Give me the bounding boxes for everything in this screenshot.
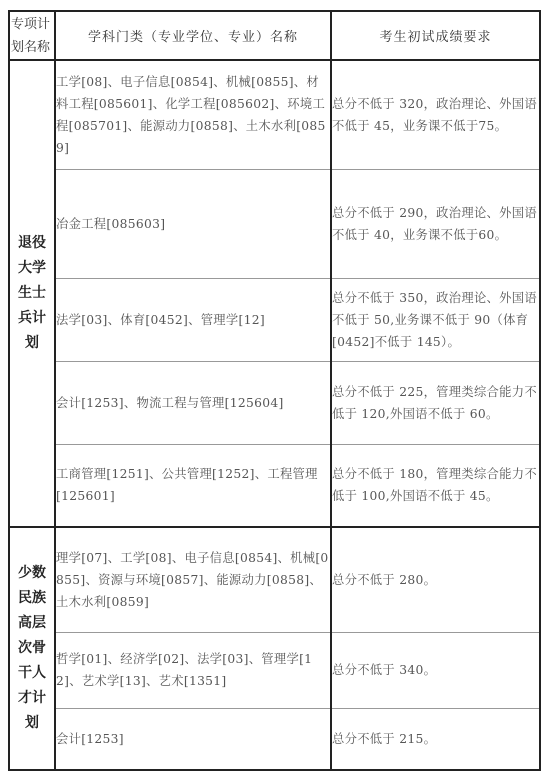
score-cell: 总分不低于 180，管理类综合能力不低于 100,外国语不低于 45。 (331, 444, 540, 527)
subject-cell: 会计[1253] (55, 708, 331, 770)
score-cell: 总分不低于 280。 (331, 527, 540, 632)
table-row: 会计[1253]、物流工程与管理[125604] 总分不低于 225，管理类综合… (9, 361, 540, 444)
subject-cell: 工商管理[1251]、公共管理[1252]、工程管理[125601] (55, 444, 331, 527)
subject-cell: 哲学[01]、经济学[02]、法学[03]、管理学[12]、艺术学[13]、艺术… (55, 632, 331, 708)
table-row: 少数民族高层次骨干人才计划 理学[07]、工学[08]、电子信息[0854]、机… (9, 527, 540, 632)
subject-cell: 理学[07]、工学[08]、电子信息[0854]、机械[0855]、资源与环境[… (55, 527, 331, 632)
header-plan-name: 专项计划名称 (9, 11, 55, 60)
table-row: 法学[03]、体育[0452]、管理学[12] 总分不低于 350，政治理论、外… (9, 278, 540, 361)
table-row: 哲学[01]、经济学[02]、法学[03]、管理学[12]、艺术学[13]、艺术… (9, 632, 540, 708)
score-cell: 总分不低于 215。 (331, 708, 540, 770)
subject-cell: 冶金工程[085603] (55, 169, 331, 278)
score-cell: 总分不低于 350，政治理论、外国语不低于 50,业务课不低于 90（体育[04… (331, 278, 540, 361)
score-cell: 总分不低于 340。 (331, 632, 540, 708)
table-row: 退役大学生士兵计划 工学[08]、电子信息[0854]、机械[0855]、材料工… (9, 60, 540, 169)
header-row: 专项计划名称 学科门类（专业学位、专业）名称 考生初试成绩要求 (9, 11, 540, 60)
plan-name: 退役大学生士兵计划 (16, 231, 48, 356)
plan-name-cell: 退役大学生士兵计划 (9, 60, 55, 527)
subject-cell: 法学[03]、体育[0452]、管理学[12] (55, 278, 331, 361)
plan-name: 少数民族高层次骨干人才计划 (16, 561, 48, 736)
table-row: 工商管理[1251]、公共管理[1252]、工程管理[125601] 总分不低于… (9, 444, 540, 527)
score-cell: 总分不低于 320，政治理论、外国语不低于 45，业务课不低于75。 (331, 60, 540, 169)
subject-cell: 工学[08]、电子信息[0854]、机械[0855]、材料工程[085601]、… (55, 60, 331, 169)
header-subject-name: 学科门类（专业学位、专业）名称 (55, 11, 331, 60)
table-row: 冶金工程[085603] 总分不低于 290，政治理论、外国语不低于 40，业务… (9, 169, 540, 278)
score-cell: 总分不低于 225，管理类综合能力不低于 120,外国语不低于 60。 (331, 361, 540, 444)
table-row: 会计[1253] 总分不低于 215。 (9, 708, 540, 770)
subject-cell: 会计[1253]、物流工程与管理[125604] (55, 361, 331, 444)
score-cell: 总分不低于 290，政治理论、外国语不低于 40，业务课不低于60。 (331, 169, 540, 278)
plan-name-cell: 少数民族高层次骨干人才计划 (9, 527, 55, 770)
score-requirements-table: 专项计划名称 学科门类（专业学位、专业）名称 考生初试成绩要求 退役大学生士兵计… (8, 10, 541, 771)
header-score-requirement: 考生初试成绩要求 (331, 11, 540, 60)
